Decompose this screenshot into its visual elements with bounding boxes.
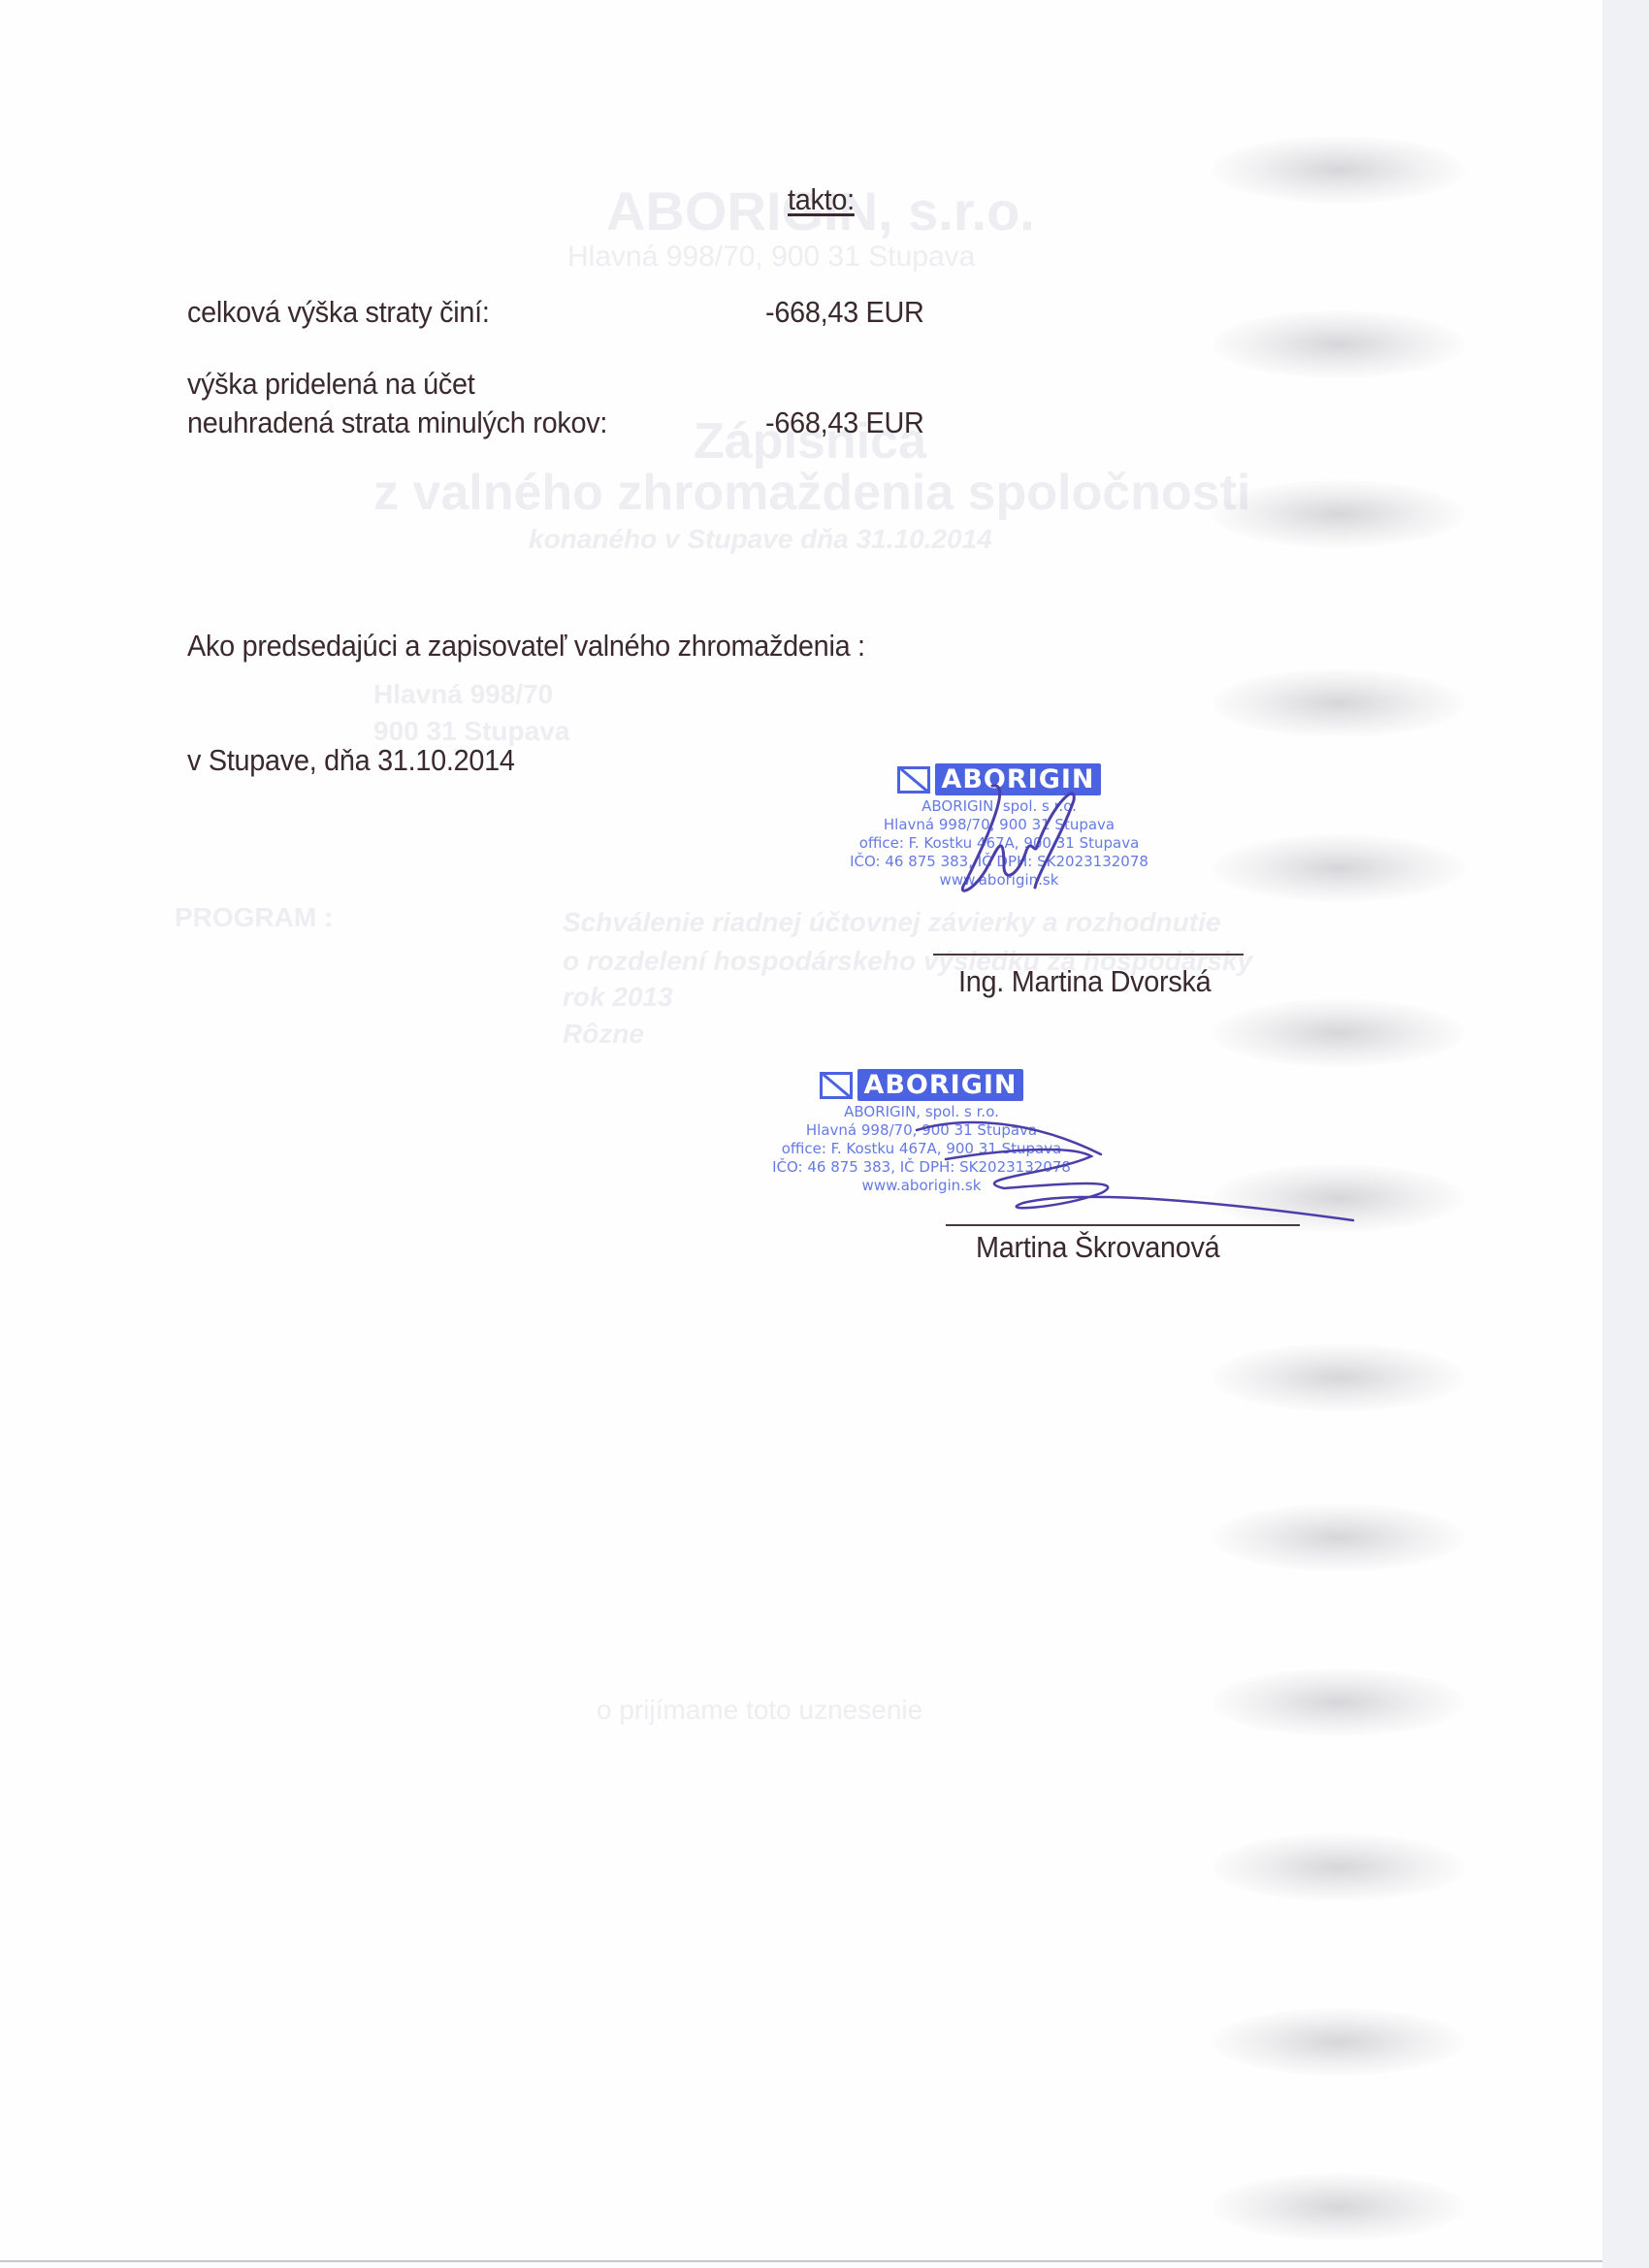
- heading-takto: takto:: [788, 184, 855, 214]
- scan-smudge: [1212, 669, 1465, 737]
- signature-line: [933, 954, 1244, 956]
- signatory-name-1: Ing. Martina Dvorská: [958, 966, 1211, 996]
- aborigin-logo-icon: [820, 1072, 853, 1099]
- scan-smudge: [1212, 999, 1465, 1067]
- allocated-label-line2: neuhradená strata minulých rokov:: [187, 407, 607, 437]
- signature-line: [946, 1224, 1300, 1226]
- scan-smudge: [1212, 1833, 1465, 1901]
- allocated-value: -668,43 EUR: [765, 407, 924, 437]
- bleed-program-label: PROGRAM :: [175, 902, 333, 933]
- bleed-resolution-line: o prijímame toto uznesenie: [597, 1695, 922, 1726]
- scan-smudge: [1212, 480, 1465, 548]
- scan-edge: [1602, 0, 1649, 2268]
- signature-dvorska: [946, 776, 1101, 902]
- place-date: v Stupave, dňa 31.10.2014: [187, 745, 515, 775]
- scan-smudge: [1212, 1504, 1465, 1571]
- signatory-name-2: Martina Škrovanová: [976, 1232, 1219, 1262]
- total-loss-value: -668,43 EUR: [765, 297, 924, 327]
- scan-smudge: [1212, 2173, 1465, 2241]
- bleed-program-item2: Rôzne: [563, 1019, 644, 1050]
- total-loss-label: celková výška straty činí:: [187, 297, 490, 327]
- scan-smudge: [1212, 834, 1465, 902]
- signature-skrovanova: [907, 1096, 1373, 1232]
- aborigin-logo-icon: [897, 766, 930, 794]
- bleed-addr1: Hlavná 998/70: [373, 679, 553, 710]
- bleed-address: Hlavná 998/70, 900 31 Stupava: [567, 241, 975, 274]
- bleed-program-item1: Schválenie riadnej účtovnej závierky a r…: [563, 907, 1220, 938]
- allocated-label-line1: výška pridelená na účet: [187, 369, 474, 399]
- scan-smudge: [1212, 2008, 1465, 2076]
- bleed-held: konaného v Stupave dňa 31.10.2014: [529, 524, 992, 555]
- scan-smudge: [1212, 1344, 1465, 1411]
- scan-smudge: [1212, 136, 1465, 204]
- chair-statement: Ako predsedajúci a zapisovateľ valného z…: [187, 631, 865, 661]
- scan-smudge: [1212, 1669, 1465, 1736]
- scan-smudge: [1212, 310, 1465, 378]
- bleed-program-item1c: rok 2013: [563, 982, 673, 1013]
- bleed-subtitle: z valného zhromaždenia spoločnosti: [373, 464, 1250, 522]
